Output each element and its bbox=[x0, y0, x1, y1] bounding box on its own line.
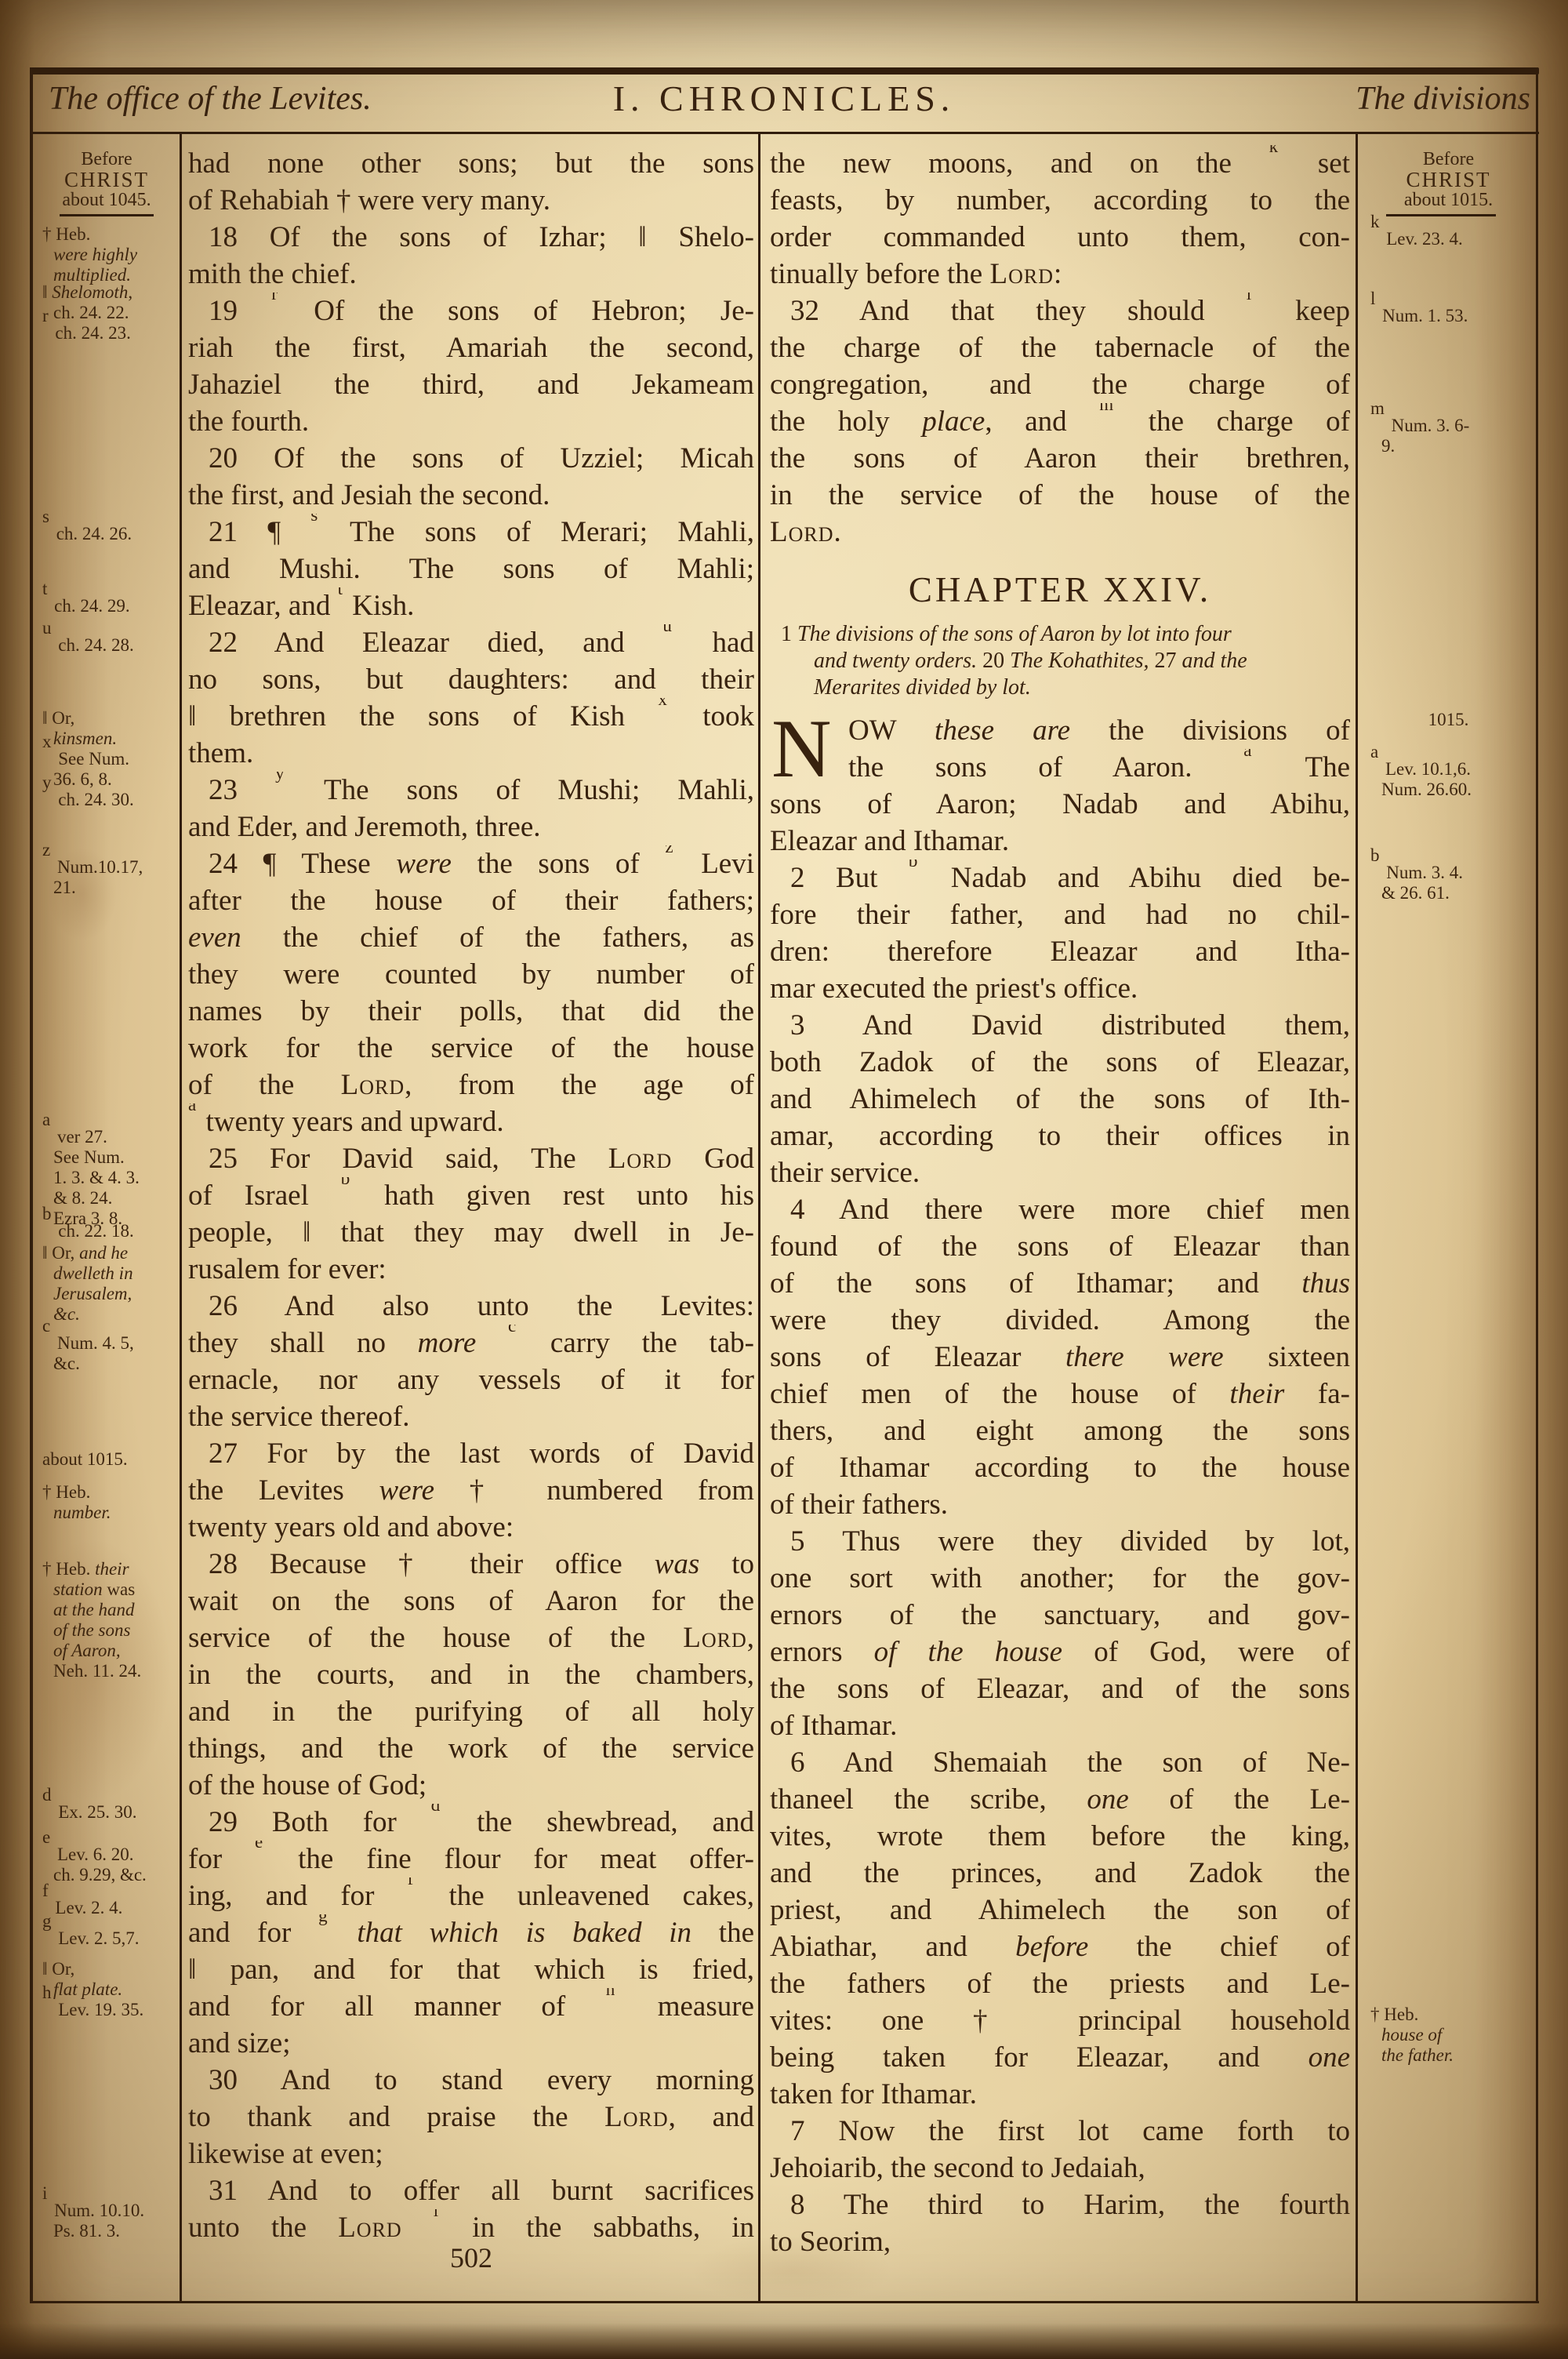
text-line: 21 ¶ s The sons of Merari; Mahli, bbox=[188, 514, 754, 551]
text-line: service of the house of the Lord, bbox=[188, 1619, 754, 1656]
text-line: the fourth. bbox=[188, 403, 754, 440]
left-border-rule bbox=[30, 67, 33, 2303]
margin-note: u ch. 24. 28. bbox=[36, 635, 177, 656]
text-line: dren: therefore Eleazar and Itha- bbox=[770, 933, 1350, 970]
text-line: 7 Now the first lot came forth to bbox=[770, 2113, 1350, 2150]
margin-note-line: a Lev. 10.1,6. bbox=[1370, 759, 1533, 780]
reference-letter: f bbox=[42, 1881, 49, 1900]
text-line: the service thereof. bbox=[188, 1398, 754, 1435]
bottom-rule bbox=[30, 2301, 1539, 2303]
margin-note-line: r ch. 24. 23. bbox=[42, 323, 177, 343]
text-line: mith the chief. bbox=[188, 256, 754, 293]
margin-note-line: flat plate. bbox=[42, 1979, 177, 2000]
text-line: in the service of the house of the bbox=[770, 477, 1350, 514]
margin-note: b ch. 22. 18. bbox=[36, 1221, 177, 1241]
center-column-divider-rule bbox=[758, 134, 760, 2301]
right-border-rule bbox=[1536, 67, 1538, 2303]
text-line: ‖ pan, and for that which is fried, bbox=[188, 1951, 754, 1988]
text-line: tinually before the Lord: bbox=[770, 256, 1350, 293]
text-line: congregation, and the charge of bbox=[770, 366, 1350, 403]
text-line: order commanded unto them, con- bbox=[770, 219, 1350, 256]
text-line: Eleazar, and t Kish. bbox=[188, 587, 754, 624]
reference-letter: a bbox=[1370, 742, 1378, 761]
reference-letter: g bbox=[318, 1914, 328, 1925]
reference-letter: z bbox=[665, 845, 673, 856]
reference-letter: l bbox=[1247, 293, 1251, 304]
text-line: they shall no more c carry the tab- bbox=[188, 1325, 754, 1361]
text-line: names by their polls, that did the bbox=[188, 993, 754, 1030]
chapter-summary-line: 1 The divisions of the sons of Aaron by … bbox=[770, 621, 1350, 648]
margin-note-line: b ch. 22. 18. bbox=[42, 1221, 177, 1241]
reference-letter: u bbox=[662, 624, 672, 635]
text-line: their service. bbox=[770, 1154, 1350, 1191]
margin-note: a ver 27.See Num.1. 3. & 4. 3.& 8. 24.Ez… bbox=[36, 1127, 177, 1229]
margin-note: ‖ Shelomoth,ch. 24. 22. bbox=[36, 282, 177, 323]
margin-note-line: ‖ Or, and he bbox=[42, 1243, 177, 1263]
margin-note-line: c Num. 4. 5, bbox=[42, 1333, 177, 1354]
margin-note: ‖ Or,kinsmen. bbox=[36, 708, 177, 749]
text-line: wait on the sons of Aaron for the bbox=[188, 1583, 754, 1619]
chapter-summary: 1 The divisions of the sons of Aaron by … bbox=[770, 621, 1350, 701]
text-line: 8 The third to Harim, the fourth bbox=[770, 2186, 1350, 2223]
verse-ref-number: 27 bbox=[1155, 649, 1177, 673]
text-line: the fathers of the priests and Le- bbox=[770, 1965, 1350, 2002]
text-line: and size; bbox=[188, 2025, 754, 2062]
reference-letter: x bbox=[42, 732, 52, 751]
text-line: of the house of God; bbox=[188, 1767, 754, 1804]
verse-ref-number: 1 bbox=[781, 622, 792, 646]
margin-note-line: the father. bbox=[1370, 2045, 1533, 2066]
reference-letter: i bbox=[42, 2183, 47, 2203]
margin-note-line: t ch. 24. 29. bbox=[42, 596, 177, 616]
text-line: sons of Aaron; Nadab and Abihu, bbox=[770, 786, 1350, 823]
margin-note: 1015. bbox=[1364, 710, 1533, 730]
margin-note: about 1015. bbox=[36, 1449, 177, 1470]
drop-cap-letter: N bbox=[771, 715, 832, 783]
text-line: thaneel the scribe, one of the Le- bbox=[770, 1781, 1350, 1818]
margin-note-line: dwelleth in bbox=[42, 1263, 177, 1284]
text-line: Eleazar and Ithamar. bbox=[770, 823, 1350, 860]
reference-letter: r bbox=[271, 293, 278, 304]
before-christ-line: about 1015. bbox=[1364, 190, 1533, 210]
text-line: the sons of Aaron their brethren, bbox=[770, 440, 1350, 477]
text-line: Jehoiarib, the second to Jedaiah, bbox=[770, 2150, 1350, 2186]
text-line: the charge of the tabernacle of the bbox=[770, 329, 1350, 366]
margin-note-line: ch. 24. 22. bbox=[42, 303, 177, 323]
small-caps-lord: Lord bbox=[341, 1069, 405, 1101]
reference-letter: b bbox=[42, 1204, 52, 1223]
margin-note-line: Neh. 11. 24. bbox=[42, 1661, 177, 1681]
text-line: were they divided. Among the bbox=[770, 1302, 1350, 1339]
margin-note: † Heb.number. bbox=[36, 1482, 177, 1523]
text-line: work for the service of the house bbox=[188, 1030, 754, 1067]
text-line: vites: one † principal household bbox=[770, 2002, 1350, 2039]
text-line: people, ‖ that they may dwell in Je- bbox=[188, 1214, 754, 1251]
margin-note: † Heb. theirstation wasat the handof the… bbox=[36, 1559, 177, 1681]
text-line: chief men of the house of their fa- bbox=[770, 1376, 1350, 1412]
margin-note-line: See Num. bbox=[42, 1147, 177, 1168]
text-line: even the chief of the fathers, as bbox=[188, 919, 754, 956]
text-line: ernacle, nor any vessels of it for bbox=[188, 1361, 754, 1398]
text-line: thers, and eight among the sons bbox=[770, 1412, 1350, 1449]
margin-note-line: &c. bbox=[42, 1304, 177, 1325]
margin-note: e Lev. 6. 20.ch. 9.29, &c. bbox=[36, 1845, 177, 1885]
margin-note-line: 36. 6, 8. bbox=[42, 769, 177, 790]
left-margin-column: BeforeCHRISTabout 1045. † Heb.were highl… bbox=[36, 0, 177, 2359]
margin-note: l Num. 1. 53. bbox=[1364, 306, 1533, 326]
reference-letter: b bbox=[341, 1177, 350, 1188]
before-christ-line: about 1045. bbox=[36, 190, 177, 210]
text-line: 24 ¶ These were the sons of z Levi bbox=[188, 845, 754, 882]
margin-note-line: z Num.10.17, bbox=[42, 857, 177, 878]
margin-note-line: ‖ Shelomoth, bbox=[42, 282, 177, 303]
text-line: ernors of the house of God, were of bbox=[770, 1634, 1350, 1670]
text-line: 18 Of the sons of Izhar; ‖ Shelo- bbox=[188, 219, 754, 256]
before-christ-heading: BeforeCHRISTabout 1015. bbox=[1364, 149, 1533, 210]
text-line: sons of Eleazar there were sixteen bbox=[770, 1339, 1350, 1376]
text-line: Jahaziel the third, and Jekameam bbox=[188, 366, 754, 403]
top-thick-rule bbox=[30, 67, 1539, 75]
page-number: 502 bbox=[188, 2241, 754, 2274]
reference-letter: y bbox=[275, 772, 285, 783]
text-line: ‖ brethren the sons of Kish x took bbox=[188, 698, 754, 735]
text-line: of the Lord, from the age of bbox=[188, 1067, 754, 1103]
margin-note: a Lev. 10.1,6.Num. 26.60. bbox=[1364, 759, 1533, 800]
small-caps-lord: Lord bbox=[989, 258, 1054, 290]
text-line: 5 Thus were they divided by lot, bbox=[770, 1523, 1350, 1560]
text-line: 19 r Of the sons of Hebron; Je- bbox=[188, 293, 754, 329]
margin-note-line: † Heb. their bbox=[42, 1559, 177, 1579]
before-christ-line: CHRIST bbox=[1364, 169, 1533, 190]
text-line: priest, and Ahimelech the son of bbox=[770, 1892, 1350, 1928]
margin-note-line: x See Num. bbox=[42, 749, 177, 769]
reference-letter: c bbox=[42, 1316, 50, 1336]
small-caps-lord: Lord bbox=[608, 1143, 673, 1175]
reference-letter: a bbox=[1243, 749, 1251, 760]
text-line: taken for Ithamar. bbox=[770, 2076, 1350, 2113]
text-line: 4 And there were more chief men bbox=[770, 1191, 1350, 1228]
text-line: and the princes, and Zadok the bbox=[770, 1855, 1350, 1892]
reference-letter: t bbox=[338, 587, 343, 598]
reference-letter: s bbox=[310, 514, 318, 525]
text-line: they were counted by number of bbox=[188, 956, 754, 993]
text-line: things, and the work of the service bbox=[188, 1730, 754, 1767]
text-line: rusalem for ever: bbox=[188, 1251, 754, 1288]
text-line: mar executed the priest's office. bbox=[770, 970, 1350, 1007]
margin-note-line: 21. bbox=[42, 878, 177, 898]
text-line: of Israel b hath given rest unto his bbox=[188, 1177, 754, 1214]
text-line: 25 For David said, The Lord God bbox=[188, 1140, 754, 1177]
reference-letter: m bbox=[1099, 403, 1113, 414]
reference-letter: d bbox=[42, 1785, 52, 1805]
text-line: ernors of the sanctuary, and gov- bbox=[770, 1597, 1350, 1634]
margin-note-line: k Lev. 23. 4. bbox=[1370, 229, 1533, 249]
reference-letter: l bbox=[1370, 289, 1375, 308]
margin-note: m Num. 3. 6-9. bbox=[1364, 416, 1533, 456]
book-title: I. CHRONICLES. bbox=[0, 78, 1568, 119]
margin-note-line: ‖ Or, bbox=[42, 1959, 177, 1979]
reference-letter: d bbox=[431, 1804, 441, 1815]
text-line: 3 And David distributed them, bbox=[770, 1007, 1350, 1044]
reference-letter: t bbox=[42, 579, 47, 598]
margin-note-line: 1015. bbox=[1364, 710, 1533, 730]
margin-note-line: y ch. 24. 30. bbox=[42, 790, 177, 810]
small-caps-lord: Lord bbox=[683, 1622, 747, 1654]
text-line: and Eder, and Jeremoth, three. bbox=[188, 809, 754, 845]
margin-note-line: &c. bbox=[42, 1354, 177, 1374]
verse-block-dropcap: NOW these are the divisions ofthe sons o… bbox=[770, 712, 1350, 2260]
margin-note-line: b Num. 3. 4. bbox=[1370, 863, 1533, 883]
text-line: 28 Because † their office was to bbox=[188, 1546, 754, 1583]
text-line: vites, wrote them before the king, bbox=[770, 1818, 1350, 1855]
text-line: 27 For by the last words of David bbox=[188, 1435, 754, 1472]
margin-note-line: d Ex. 25. 30. bbox=[42, 1802, 177, 1823]
text-line: of their fathers. bbox=[770, 1486, 1350, 1523]
text-line: and in the purifying of all holy bbox=[188, 1693, 754, 1730]
text-line: 23 y The sons of Mushi; Mahli, bbox=[188, 772, 754, 809]
text-line: 26 And also unto the Levites: bbox=[188, 1288, 754, 1325]
text-line: a twenty years and upward. bbox=[188, 1103, 754, 1140]
reference-letter: g bbox=[42, 1911, 52, 1931]
margin-note-line: ch. 9.29, &c. bbox=[42, 1865, 177, 1885]
before-christ-line: Before bbox=[36, 149, 177, 169]
text-line: the holy place, and m the charge of bbox=[770, 403, 1350, 440]
margin-note-line: kinsmen. bbox=[42, 729, 177, 749]
text-line: likewise at even; bbox=[188, 2135, 754, 2172]
reference-letter: a bbox=[188, 1103, 196, 1114]
margin-note-line: g Lev. 2. 5,7. bbox=[42, 1928, 177, 1949]
right-margin-column: BeforeCHRISTabout 1015. k Lev. 23. 4.l N… bbox=[1364, 0, 1533, 2359]
margin-note-line: l Num. 1. 53. bbox=[1370, 306, 1533, 326]
text-line: 20 Of the sons of Uzziel; Micah bbox=[188, 440, 754, 477]
margin-note-line: & 26. 61. bbox=[1370, 883, 1533, 903]
text-line: found of the sons of Eleazar than bbox=[770, 1228, 1350, 1265]
text-line: ing, and for f the unleavened cakes, bbox=[188, 1877, 754, 1914]
reference-letter: b bbox=[909, 860, 918, 871]
reference-letter: e bbox=[255, 1841, 263, 1852]
margin-note: b Num. 3. 4.& 26. 61. bbox=[1364, 863, 1533, 903]
reference-letter: x bbox=[658, 698, 667, 709]
margin-note: ‖ Or, and hedwelleth inJerusalem,&c. bbox=[36, 1243, 177, 1325]
chapter-heading: CHAPTER XXIV. bbox=[770, 569, 1350, 610]
margin-note-line: h Lev. 19. 35. bbox=[42, 2000, 177, 2020]
margin-note: f Lev. 2. 4. bbox=[36, 1898, 177, 1918]
margin-note-line: house of bbox=[1370, 2025, 1533, 2045]
margin-note: t ch. 24. 29. bbox=[36, 596, 177, 616]
text-line: twenty years old and above: bbox=[188, 1509, 754, 1546]
text-line: 2 But b Nadab and Abihu died be- bbox=[770, 860, 1350, 896]
reference-letter: u bbox=[42, 618, 52, 638]
text-line: the sons of Aaron. a The bbox=[770, 749, 1350, 786]
margin-note-line: ‖ Or, bbox=[42, 708, 177, 729]
verse-block: the new moons, and on the k setfeasts, b… bbox=[770, 145, 1350, 551]
right-margin-divider-rule bbox=[1356, 134, 1358, 2301]
reference-letter: k bbox=[1269, 145, 1279, 156]
text-line: Abiathar, and before the chief of bbox=[770, 1928, 1350, 1965]
text-line: the sons of Eleazar, and of the sons bbox=[770, 1670, 1350, 1707]
before-christ-line: CHRIST bbox=[36, 169, 177, 190]
margin-heading-rule bbox=[60, 214, 154, 216]
text-line: 22 And Eleazar died, and u had bbox=[188, 624, 754, 661]
text-line: 31 And to offer all burnt sacrifices bbox=[188, 2172, 754, 2209]
reference-letter: c bbox=[508, 1325, 516, 1336]
text-line: fore their father, and had no chil- bbox=[770, 896, 1350, 933]
margin-note: h Lev. 19. 35. bbox=[36, 2000, 177, 2020]
text-line: the new moons, and on the k set bbox=[770, 145, 1350, 182]
margin-note-line: of Aaron, bbox=[42, 1641, 177, 1661]
chapter-summary-line: Merarites divided by lot. bbox=[770, 674, 1350, 701]
text-line: the first, and Jesiah the second. bbox=[188, 477, 754, 514]
margin-note: i Num. 10.10.Ps. 81. 3. bbox=[36, 2201, 177, 2241]
margin-note-line: 1. 3. & 4. 3. bbox=[42, 1168, 177, 1188]
reference-letter: s bbox=[42, 507, 49, 526]
text-line: and for all manner of h measure bbox=[188, 1988, 754, 2025]
reference-letter: f bbox=[408, 1877, 414, 1888]
left-margin-divider-rule bbox=[180, 134, 182, 2301]
margin-note: s ch. 24. 26. bbox=[36, 524, 177, 544]
text-line: riah the first, Amariah the second, bbox=[188, 329, 754, 366]
margin-heading-rule bbox=[1386, 214, 1496, 216]
text-line: feasts, by number, according to the bbox=[770, 182, 1350, 219]
margin-note: d Ex. 25. 30. bbox=[36, 1802, 177, 1823]
text-line: 6 And Shemaiah the son of Ne- bbox=[770, 1744, 1350, 1781]
margin-note: y ch. 24. 30. bbox=[36, 790, 177, 810]
margin-note: ‖ Or,flat plate. bbox=[36, 1959, 177, 2000]
text-line: them. bbox=[188, 735, 754, 772]
reference-letter: z bbox=[42, 840, 50, 860]
margin-note-line: Jerusalem, bbox=[42, 1284, 177, 1304]
margin-note-line: station was bbox=[42, 1579, 177, 1600]
margin-note-line: f Lev. 2. 4. bbox=[42, 1898, 177, 1918]
text-line: and Mushi. The sons of Mahli; bbox=[188, 551, 754, 587]
text-line: for e the fine flour for meat offer- bbox=[188, 1841, 754, 1877]
reference-letter: h bbox=[42, 1983, 52, 2002]
text-line: 30 And to stand every morning bbox=[188, 2062, 754, 2099]
page-bottom-edge bbox=[0, 2323, 1568, 2359]
text-line: 29 Both for d the shewbread, and bbox=[188, 1804, 754, 1841]
margin-note-line: † Heb. bbox=[42, 224, 177, 245]
text-line: after the house of their fathers; bbox=[188, 882, 754, 919]
text-line: and for g that which is baked in the bbox=[188, 1914, 754, 1951]
margin-note-line: 9. bbox=[1370, 436, 1533, 456]
text-line: to Seorim, bbox=[770, 2223, 1350, 2260]
verse-ref-number: 20 bbox=[982, 649, 1004, 673]
reference-letter: m bbox=[1370, 398, 1385, 418]
margin-note-line: & 8. 24. bbox=[42, 1188, 177, 1209]
text-line: of Ithamar. bbox=[770, 1707, 1350, 1744]
margin-note-line: s ch. 24. 26. bbox=[42, 524, 177, 544]
text-line: both Zadok of the sons of Eleazar, bbox=[770, 1044, 1350, 1081]
header-rule bbox=[30, 132, 1539, 134]
reference-letter: h bbox=[606, 1988, 615, 1999]
margin-note-line: about 1015. bbox=[42, 1449, 177, 1470]
margin-note-line: of the sons bbox=[42, 1620, 177, 1641]
before-christ-heading: BeforeCHRISTabout 1045. bbox=[36, 149, 177, 210]
text-line: one sort with another; for the gov- bbox=[770, 1560, 1350, 1597]
margin-note-line: † Heb. bbox=[42, 1482, 177, 1503]
margin-note-line: at the hand bbox=[42, 1600, 177, 1620]
text-line: in the courts, and in the chambers, bbox=[188, 1656, 754, 1693]
text-line: of Rehabiah † were very many. bbox=[188, 182, 754, 219]
text-line: and Ahimelech of the sons of Ith- bbox=[770, 1081, 1350, 1118]
text-line: 32 And that they should l keep bbox=[770, 293, 1350, 329]
before-christ-line: Before bbox=[1364, 149, 1533, 169]
margin-note-line: Ps. 81. 3. bbox=[42, 2221, 177, 2241]
reference-letter: e bbox=[42, 1827, 50, 1847]
reference-letter: r bbox=[42, 306, 49, 325]
text-line: to thank and praise the Lord, and bbox=[188, 2099, 754, 2135]
margin-note: † Heb.were highlymultiplied. bbox=[36, 224, 177, 285]
margin-note: c Num. 4. 5,&c. bbox=[36, 1333, 177, 1374]
margin-note: z Num.10.17,21. bbox=[36, 857, 177, 898]
margin-note: k Lev. 23. 4. bbox=[1364, 229, 1533, 249]
margin-note-line: i Num. 10.10. bbox=[42, 2201, 177, 2221]
margin-note-line: m Num. 3. 6- bbox=[1370, 416, 1533, 436]
text-line: being taken for Eleazar, and one bbox=[770, 2039, 1350, 2076]
margin-note: r ch. 24. 23. bbox=[36, 323, 177, 343]
text-line: of the sons of Ithamar; and thus bbox=[770, 1265, 1350, 1302]
text-column-2: the new moons, and on the k setfeasts, b… bbox=[770, 145, 1350, 2260]
text-column-1: had none other sons; but the sonsof Reha… bbox=[188, 145, 754, 2246]
scanned-bible-page: The office of the Levites. I. CHRONICLES… bbox=[0, 0, 1568, 2359]
text-line: amar, according to their offices in bbox=[770, 1118, 1350, 1154]
reference-letter: k bbox=[1370, 212, 1380, 231]
margin-note-line: were highly bbox=[42, 245, 177, 265]
margin-note-line: u ch. 24. 28. bbox=[42, 635, 177, 656]
margin-note: g Lev. 2. 5,7. bbox=[36, 1928, 177, 1949]
margin-note: † Heb.house ofthe father. bbox=[1364, 2005, 1533, 2066]
small-caps-lord: Lord bbox=[338, 2212, 402, 2244]
reference-letter: i bbox=[434, 2209, 438, 2220]
text-line: of Ithamar according to the house bbox=[770, 1449, 1350, 1486]
margin-note-line: e Lev. 6. 20. bbox=[42, 1845, 177, 1865]
margin-note: x See Num.36. 6, 8. bbox=[36, 749, 177, 790]
margin-note-line: † Heb. bbox=[1370, 2005, 1533, 2025]
chapter-summary-line: and twenty orders. 20 The Kohathites, 27… bbox=[770, 648, 1350, 674]
text-line: OW these are the divisions of bbox=[770, 712, 1350, 749]
text-line: unto the Lord i in the sabbaths, in bbox=[188, 2209, 754, 2246]
text-line: no sons, but daughters: and their bbox=[188, 661, 754, 698]
small-caps-lord: Lord bbox=[604, 2101, 669, 2133]
small-caps-lord: Lord bbox=[770, 516, 834, 548]
margin-note-line: Num. 26.60. bbox=[1370, 780, 1533, 800]
margin-note-line: number. bbox=[42, 1503, 177, 1523]
reference-letter: b bbox=[1370, 845, 1380, 865]
text-line: Lord. bbox=[770, 514, 1350, 551]
reference-letter: y bbox=[42, 772, 52, 792]
reference-letter: a bbox=[42, 1110, 50, 1129]
margin-note-line: a ver 27. bbox=[42, 1127, 177, 1147]
text-line: the Levites were † numbered from bbox=[188, 1472, 754, 1509]
text-line: had none other sons; but the sons bbox=[188, 145, 754, 182]
